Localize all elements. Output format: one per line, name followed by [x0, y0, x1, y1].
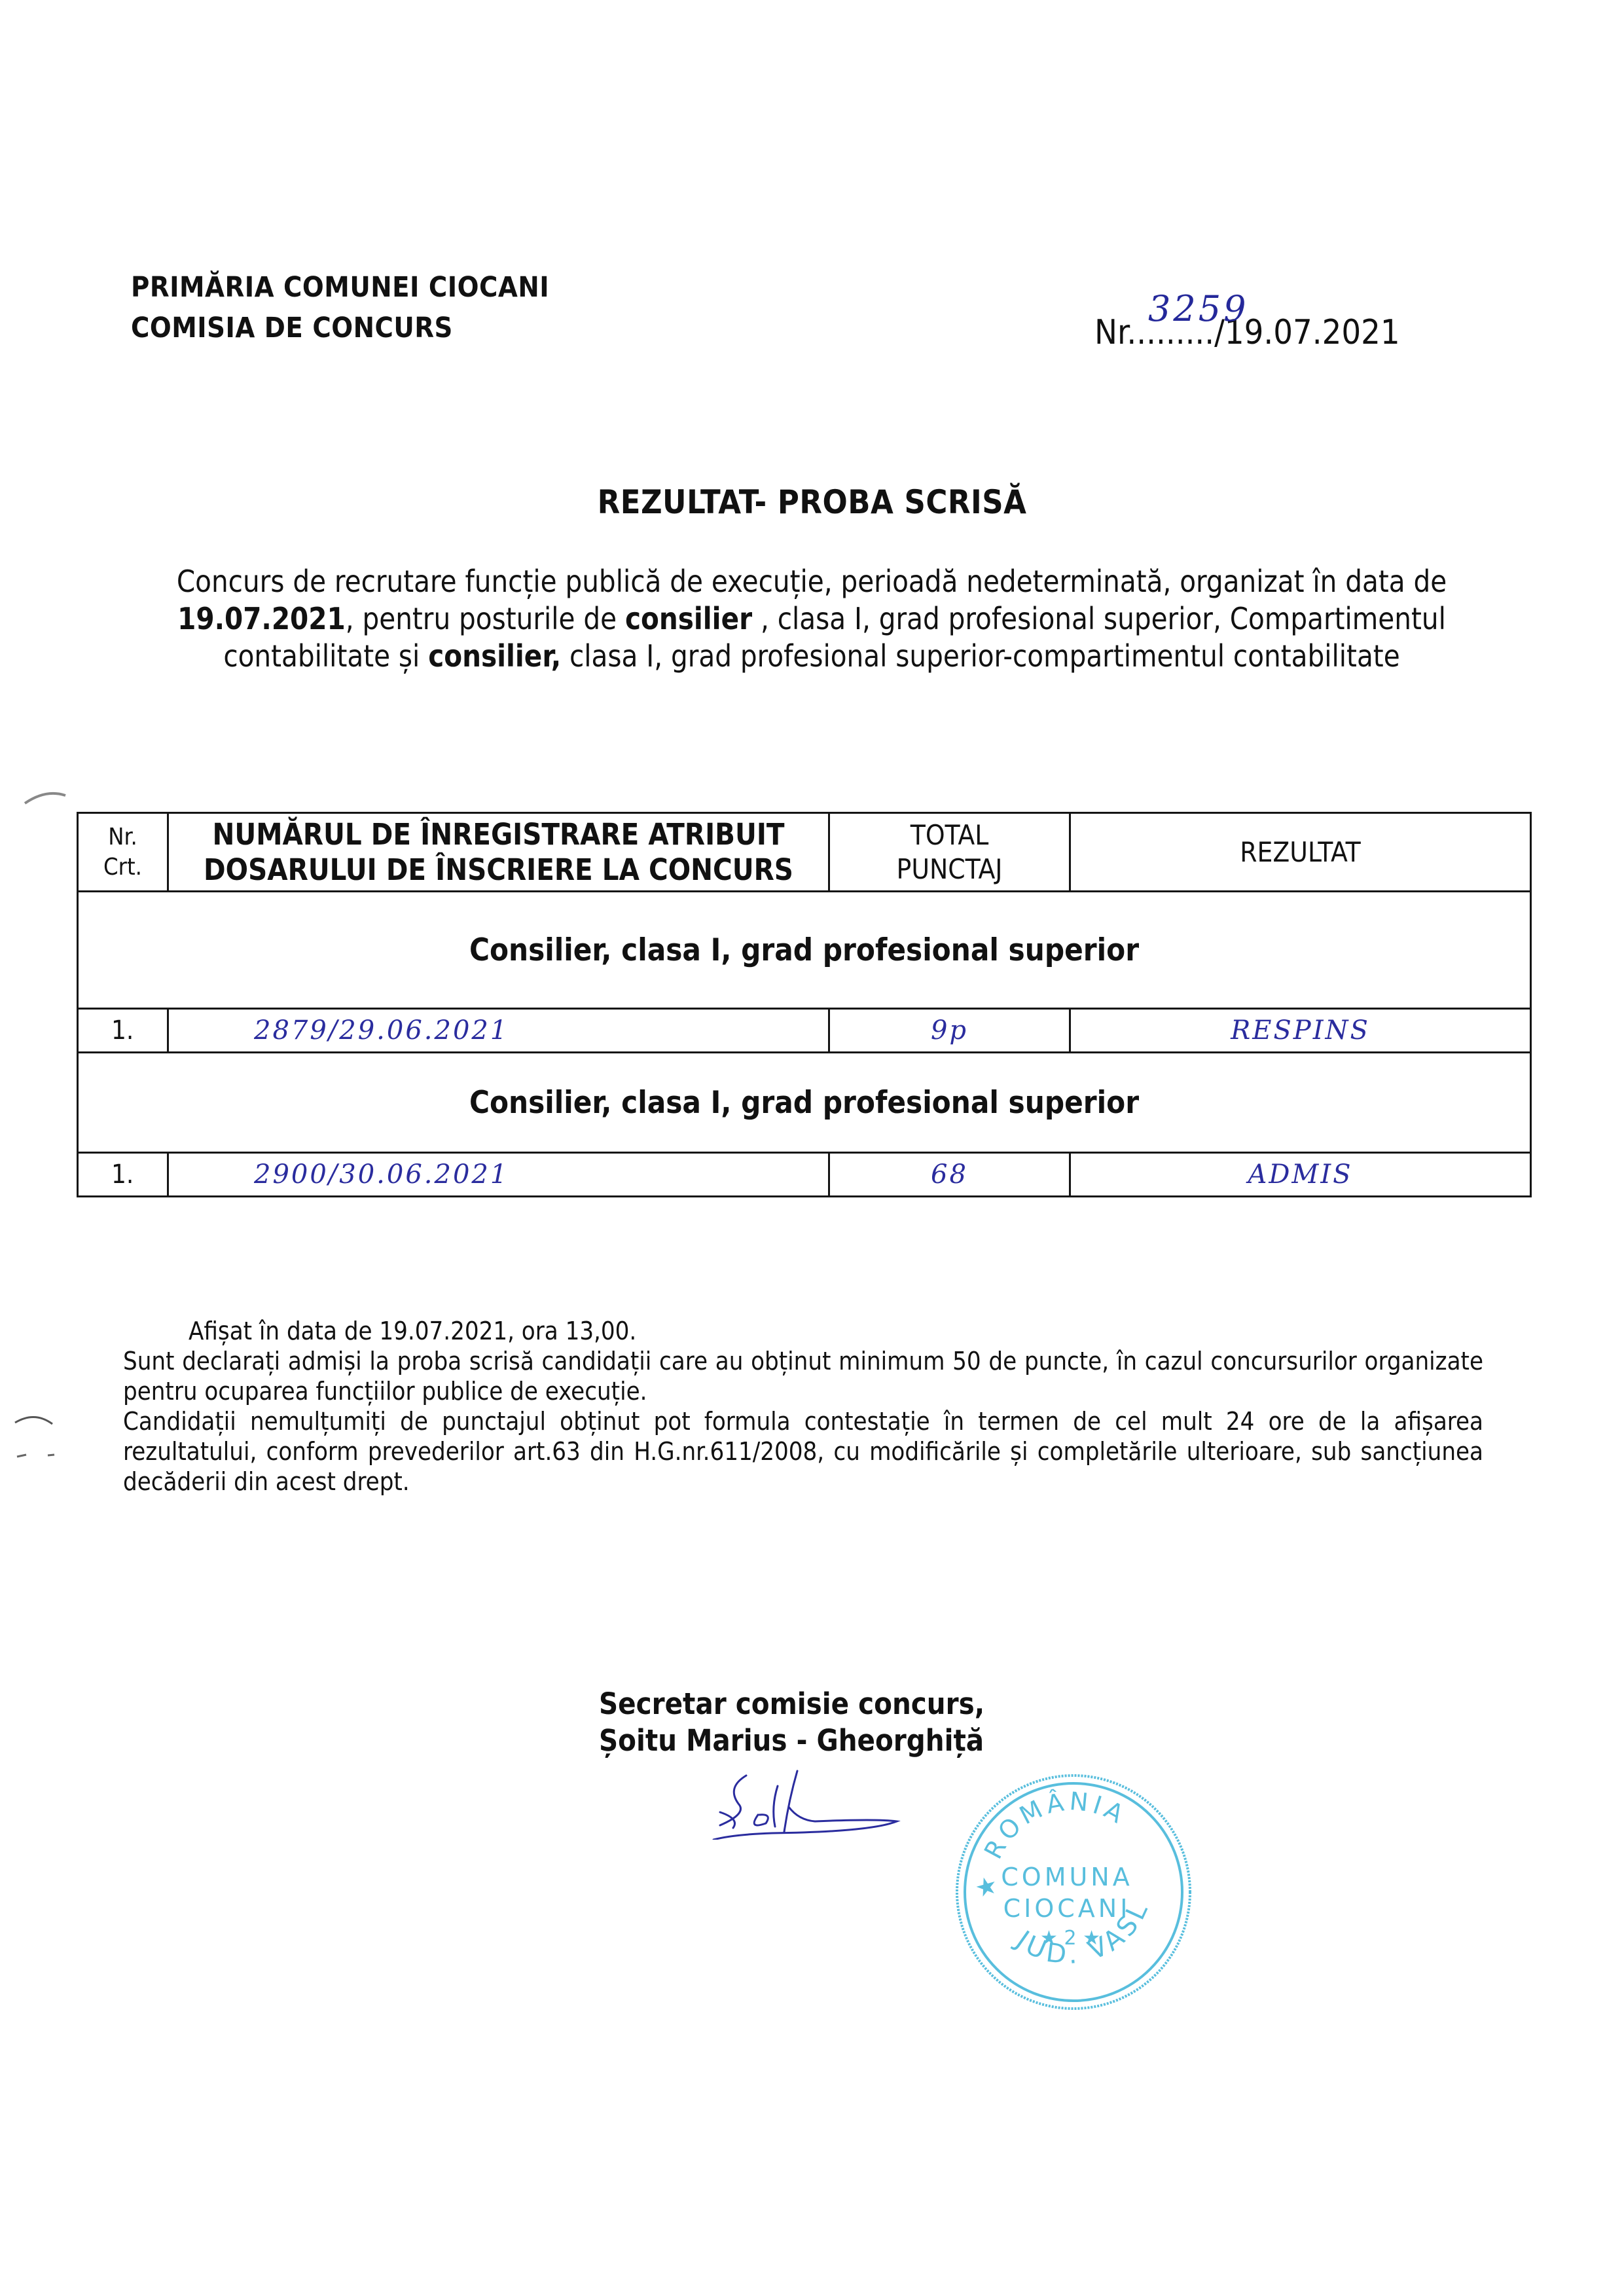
registration-prefix: Nr.: [1094, 313, 1136, 352]
cell-result: ADMIS: [1070, 1153, 1531, 1197]
section-row: Consilier, clasa I, grad profesional sup…: [78, 1053, 1531, 1153]
intro-date: 19.07.2021: [177, 601, 346, 636]
table-row: 1. 2900/30.06.2021 68 ADMIS: [78, 1153, 1531, 1197]
header-nr: Nr. Crt.: [78, 813, 168, 892]
intro-text: , pentru posturile de: [346, 601, 625, 636]
letterhead: PRIMĂRIA COMUNEI CIOCANI COMISIA DE CONC…: [131, 267, 549, 348]
header-registration-line: DOSARULUI DE ÎNSCRIERE LA CONCURS: [169, 852, 828, 888]
cell-registration: 2900/30.06.2021: [168, 1153, 829, 1197]
intro-text: clasa I, grad profesional superior-compa…: [561, 638, 1400, 674]
admission-rule: Sunt declarați admiși la proba scrisă ca…: [123, 1346, 1483, 1406]
cell-score: 9p: [829, 1009, 1070, 1053]
intro-post: consilier,: [428, 638, 561, 674]
document-title: REZULTAT- PROBA SCRISĂ: [0, 483, 1624, 521]
registration-number: Nr........./19.07.2021 3259: [1094, 313, 1400, 352]
scan-artifact-mark: [20, 789, 72, 822]
department-name: COMISIA DE CONCURS: [131, 308, 549, 348]
intro-text: Concurs de recrutare funcție publică de …: [177, 564, 1447, 599]
appeal-rule: Candidații nemulțumiți de punctajul obți…: [123, 1406, 1483, 1497]
header-total-score: TOTAL PUNCTAJ: [829, 813, 1070, 892]
header-nr-line: Crt.: [79, 852, 167, 883]
official-stamp: ★ ROMÂNIA COMUNA CIOCANI ★ 2 ★ JUD. VASL…: [949, 1768, 1198, 2016]
header-result: REZULTAT: [1070, 813, 1531, 892]
intro-paragraph: Concurs de recrutare funcție publică de …: [157, 563, 1466, 675]
handwritten-registration-number: 3259: [1148, 289, 1248, 329]
signatory-role: Secretar comisie concurs,: [599, 1686, 984, 1722]
institution-name: PRIMĂRIA COMUNEI CIOCANI: [131, 267, 549, 308]
section-row: Consilier, clasa I, grad profesional sup…: [78, 892, 1531, 1009]
intro-post: consilier: [625, 601, 752, 636]
posting-note: Afișat în data de 19.07.2021, ora 13,00.: [123, 1316, 1483, 1346]
handwritten-signature: [707, 1768, 916, 1840]
signature-block: Secretar comisie concurs, Șoitu Marius -…: [599, 1686, 984, 1759]
header-registration-line: NUMĂRUL DE ÎNREGISTRARE ATRIBUIT: [169, 817, 828, 852]
notes-section: Afișat în data de 19.07.2021, ora 13,00.…: [123, 1316, 1483, 1497]
scan-artifact-mark: [12, 1411, 58, 1463]
cell-result: RESPINS: [1070, 1009, 1531, 1053]
header-registration: NUMĂRUL DE ÎNREGISTRARE ATRIBUIT DOSARUL…: [168, 813, 829, 892]
results-table: Nr. Crt. NUMĂRUL DE ÎNREGISTRARE ATRIBUI…: [77, 812, 1530, 1197]
cell-nr: 1.: [78, 1009, 168, 1053]
svg-text:CIOCANI: CIOCANI: [1003, 1894, 1131, 1923]
header-nr-line: Nr.: [79, 822, 167, 852]
signatory-name: Șoitu Marius - Gheorghiță: [599, 1722, 984, 1759]
svg-text:COMUNA: COMUNA: [1001, 1863, 1132, 1891]
header-total-line: PUNCTAJ: [830, 852, 1069, 886]
table-header-row: Nr. Crt. NUMĂRUL DE ÎNREGISTRARE ATRIBUI…: [78, 813, 1531, 892]
cell-nr: 1.: [78, 1153, 168, 1197]
section-title: Consilier, clasa I, grad profesional sup…: [78, 1053, 1531, 1153]
section-title: Consilier, clasa I, grad profesional sup…: [78, 892, 1531, 1009]
header-total-line: TOTAL: [830, 818, 1069, 852]
cell-score: 68: [829, 1153, 1070, 1197]
cell-registration: 2879/29.06.2021: [168, 1009, 829, 1053]
table-row: 1. 2879/29.06.2021 9p RESPINS: [78, 1009, 1531, 1053]
